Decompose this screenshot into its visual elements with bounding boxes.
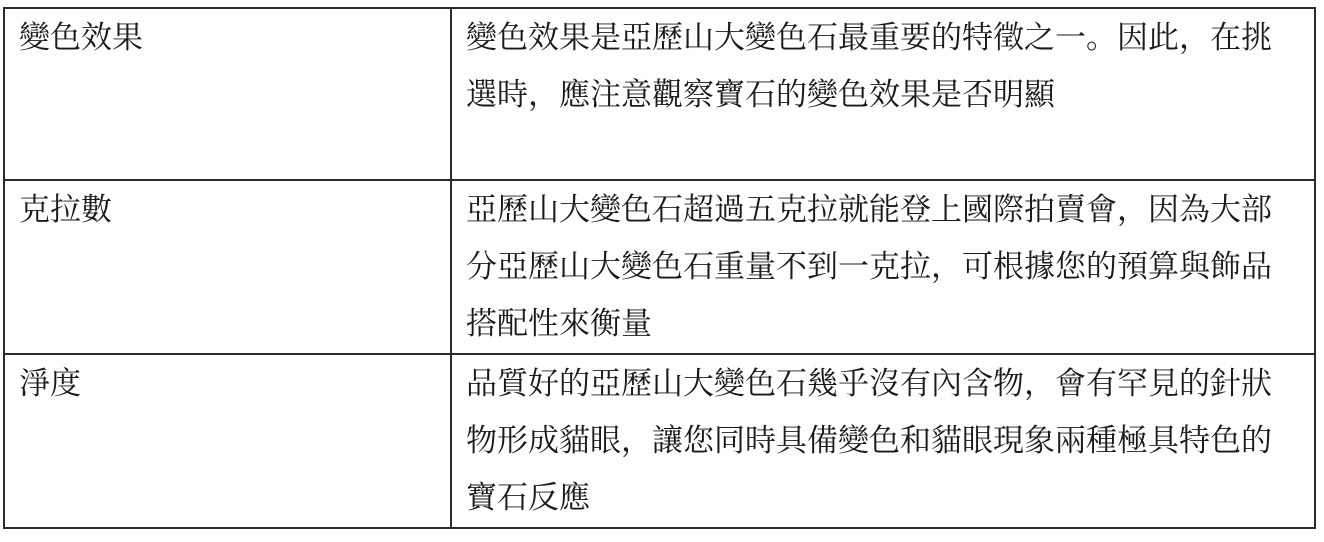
table-row: 淨度 品質好的亞歷山大變色石幾乎沒有內含物，會有罕見的針狀物形成貓眼，讓您同時具… xyxy=(4,354,1315,528)
row-description-carat: 亞歷山大變色石超過五克拉就能登上國際拍賣會，因為大部分亞歷山大變色石重量不到一克… xyxy=(451,180,1315,354)
row-label-carat: 克拉數 xyxy=(4,180,451,354)
row-description-clarity: 品質好的亞歷山大變色石幾乎沒有內含物，會有罕見的針狀物形成貓眼，讓您同時具備變色… xyxy=(451,354,1315,528)
row-label-color-change: 變色效果 xyxy=(4,8,451,180)
table-row: 克拉數 亞歷山大變色石超過五克拉就能登上國際拍賣會，因為大部分亞歷山大變色石重量… xyxy=(4,180,1315,354)
row-description-color-change: 變色效果是亞歷山大變色石最重要的特徵之一。因此，在挑選時，應注意觀察寶石的變色效… xyxy=(451,8,1315,180)
gem-selection-table: 變色效果 變色效果是亞歷山大變色石最重要的特徵之一。因此，在挑選時，應注意觀察寶… xyxy=(3,7,1316,529)
table-row: 變色效果 變色效果是亞歷山大變色石最重要的特徵之一。因此，在挑選時，應注意觀察寶… xyxy=(4,8,1315,180)
row-label-clarity: 淨度 xyxy=(4,354,451,528)
